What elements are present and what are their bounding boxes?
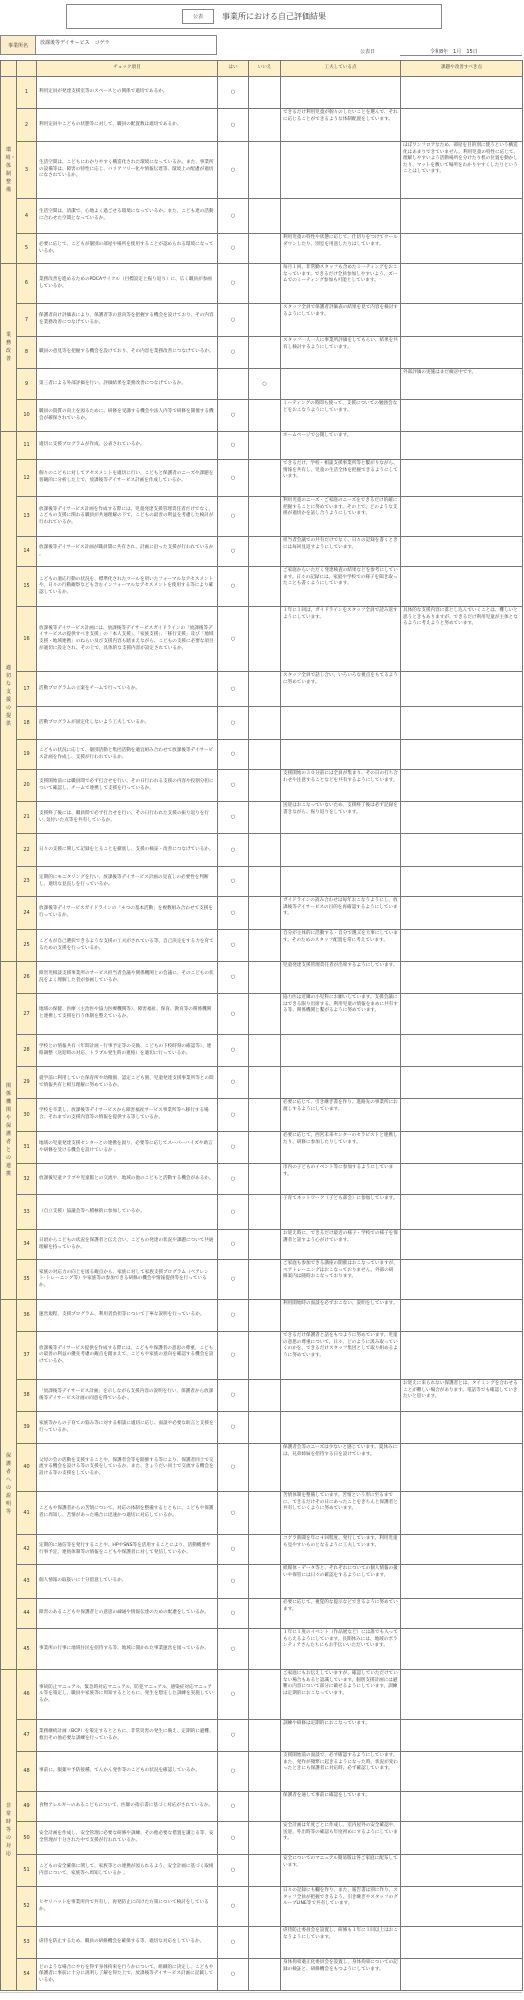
item-number: 13	[17, 497, 37, 537]
efforts-text	[281, 867, 401, 897]
table-row: 14放課後等デイサービス計画が職員間に共有され、計画に沿った支援が行われているか…	[1, 537, 523, 567]
check-item-text: 地域の保健、医療（主治医や協力医療機関等）、障害福祉、保育、教育等の関係機関と連…	[37, 994, 218, 1035]
table-row: 42定期的に通信等を発行することや、HPやSNS等を活用することにより、活動概要…	[1, 1535, 523, 1565]
issues-text	[401, 1195, 523, 1230]
category-label: 適切な支援の提供	[6, 664, 12, 728]
efforts-text: 支援開始の３０分前には全員が集まり、その日の打ち合わせや注意することなどを共有す…	[281, 770, 401, 802]
table-row: 23定期的にモニタリングを行い、放課後等デイサービス計画の見直しの必要性を判断し…	[1, 867, 523, 897]
no-mark	[249, 1260, 281, 1300]
yes-mark: ○	[218, 1035, 249, 1067]
item-number: 15	[17, 567, 37, 607]
no-mark	[249, 1535, 281, 1565]
yes-mark: ○	[218, 460, 249, 497]
check-item-text: 事業所の行事に地域住民を招待する等、地域に開かれた事業運営を図っているか。	[37, 1629, 218, 1670]
yes-mark: ○	[218, 1412, 249, 1444]
issues-text	[401, 1444, 523, 1492]
divider	[400, 55, 522, 56]
efforts-text: 支援開始前の面談で、必ず確認するようにしています。また、発作が頻繁に起きるように…	[281, 1752, 401, 1792]
no-mark	[249, 1855, 281, 1887]
category-label: 業務改善	[6, 331, 12, 363]
no-mark	[249, 460, 281, 497]
category-cell: 環境・体制整備	[1, 77, 17, 264]
check-item-text: 就学前に利用していた保育所や幼稚園、認定こども園、児童発達支援事業所等との間で情…	[37, 1067, 218, 1099]
issues-text: お迎えに来られない保護者とは、タイミングを合わせることが難しい場合があります。電…	[401, 1380, 523, 1412]
no-mark	[249, 1230, 281, 1260]
no-mark	[249, 1300, 281, 1332]
efforts-text	[281, 77, 401, 109]
issues-text	[401, 537, 523, 567]
issues-text	[401, 1230, 523, 1260]
table-row: 15こどもの適応行動の状況を、標準化されたツールを用いたフォーマルなアセスメント…	[1, 567, 523, 607]
category-label: 保護者への説明等	[6, 1452, 12, 1516]
table-row: 44障害のあるこどもや保護者との意思の疎通や情報伝達のための配慮をしているか。○…	[1, 1599, 523, 1629]
no-mark	[249, 930, 281, 962]
check-item-text: 日頃からこどもの状況を保護者と伝え合い、こどもの発達の状況や課題について共通理解…	[37, 1230, 218, 1260]
issues-text	[401, 497, 523, 537]
no-mark	[249, 1132, 281, 1164]
yes-mark: ○	[218, 304, 249, 337]
no-mark	[249, 567, 281, 607]
issues-text	[401, 672, 523, 707]
no-mark	[249, 77, 281, 109]
efforts-text	[281, 199, 401, 234]
efforts-text: 日々の記録にも欄を作り、また、報告書は別に作り、スタッフ全員が把握できるよう、引…	[281, 1887, 401, 1927]
yes-mark: ○	[218, 1792, 249, 1822]
item-number: 4	[17, 199, 37, 234]
issues-text	[401, 567, 523, 607]
no-mark	[249, 1195, 281, 1230]
issues-text	[401, 109, 523, 142]
no-mark	[249, 234, 281, 264]
efforts-text: 毎月１回、非常勤スタッフも含めたミーティングをおこなっています。できるだけ全員参…	[281, 264, 401, 304]
check-item-text: 家族等からの子育ての悩み等に対する相談に適切に応じ、面談や必要な助言と支援を行っ…	[37, 1412, 218, 1444]
yes-mark: ○	[218, 1099, 249, 1132]
check-item-text: 日々の支援に関して記録をとることを徹底し、支援の検証・改善につなげているか。	[37, 834, 218, 867]
efforts-text: 協力医は近隣の小児科にお願いしています。支援会議にはできる限り出席する、利用児童…	[281, 994, 401, 1035]
efforts-text: 苦情体制を整備しています。苦情という形に至るまでに、できるだけその日にあったこと…	[281, 1492, 401, 1535]
table-row: 22日々の支援に関して記録をとることを徹底し、支援の検証・改善につなげているか。…	[1, 834, 523, 867]
table-row: 41こどもや保護者からの苦情について、対応の体制を整備するとともに、こどもや保護…	[1, 1492, 523, 1535]
efforts-text: 利用児童のニーズ・ご家庭のニーズをできるだけ的確に把握することに努めています。そ…	[281, 497, 401, 537]
item-number: 18	[17, 707, 37, 740]
yes-mark	[218, 369, 249, 400]
table-row: 16放課後等デイサービス計画には、放課後等デイサービスガイドラインの「放課後等デ…	[1, 607, 523, 672]
check-item-header: チェック項目	[37, 61, 218, 77]
yes-mark: ○	[218, 497, 249, 537]
no-mark	[249, 1599, 281, 1629]
item-number: 33	[17, 1195, 37, 1230]
evaluation-table: チェック項目 はい いいえ 工夫している点 課題や改善すべき点 環境・体制整備1…	[0, 60, 523, 1991]
office-name-value: 放課後等デイサービス コゲラ	[36, 35, 217, 55]
issues-text	[401, 1670, 523, 1720]
table-row: 非常時等の対応46事故防止マニュアル、緊急時対応マニュアル、防犯マニュアル、感染…	[1, 1670, 523, 1720]
no-mark	[249, 1380, 281, 1412]
item-number: 36	[17, 1300, 37, 1332]
check-item-text: 学校との情報共有（年間計画・行事予定等の交換、こどもの下校時刻の確認等）、連絡調…	[37, 1035, 218, 1067]
issues-text	[401, 930, 523, 962]
no-mark	[249, 834, 281, 867]
yes-mark: ○	[218, 897, 249, 930]
check-item-text: こどもの適応行動の状況を、標準化されたツールを用いたフォーマルなアセスメントや、…	[37, 567, 218, 607]
yes-mark: ○	[218, 77, 249, 109]
issues-text	[401, 1300, 523, 1332]
no-mark	[249, 1670, 281, 1720]
issues-text	[401, 460, 523, 497]
check-item-text: 障害児相談支援事業所のサービス担当者会議や関係機関との会議に、そのこどもの状況を…	[37, 962, 218, 994]
issues-text	[401, 740, 523, 770]
no-mark	[249, 994, 281, 1035]
table-row: 3生活空間は、こどもにわかりやすく構造化された環境になっているか。また、事業所の…	[1, 142, 523, 199]
issues-text	[401, 1332, 523, 1380]
yes-mark: ○	[218, 1855, 249, 1887]
publication-badge: 公表	[182, 9, 214, 24]
item-number: 45	[17, 1629, 37, 1670]
table-row: 27地域の保健、医療（主治医や協力医療機関等）、障害福祉、保育、教育等の関係機関…	[1, 994, 523, 1035]
no-mark	[249, 109, 281, 142]
check-item-text: 放課後等デイサービス計画が職員間に共有され、計画に沿った支援が行われているか 。	[37, 537, 218, 567]
table-row: 9第三者による外部評価を行い、評価結果を業務改善につなげているか。○外部評価の実…	[1, 369, 523, 400]
no-mark	[249, 1887, 281, 1927]
no-mark	[249, 1752, 281, 1792]
efforts-text: 利用児童の特性や状態に応じて、仕切りをつけてクールダウンしたり、別室を用意したり…	[281, 234, 401, 264]
efforts-text: 紙媒体・データ等と、それぞれについての個人情報の扱いや保管には日々の確認をするよ…	[281, 1565, 401, 1599]
efforts-text	[281, 1412, 401, 1444]
efforts-text: 送迎はおこなっていないため、支援終了後は必ず記録を書きながら、振り返りをしていま…	[281, 802, 401, 834]
issues-text	[401, 1629, 523, 1670]
yes-mark: ○	[218, 672, 249, 707]
issues-text	[401, 1855, 523, 1887]
table-row: 業務改善6業務改善を進めるためのPDCAサイクル（目標設定と振り返り）に、広く職…	[1, 264, 523, 304]
item-number: 20	[17, 770, 37, 802]
table-row: 17活動プログラムの立案をチームで行っているか。○スタッフ全員で話し合い、いろい…	[1, 672, 523, 707]
item-number: 48	[17, 1752, 37, 1792]
efforts-text: できるだけ利用児童が個々のしたいことを選んで、それに応じることができるような体制…	[281, 109, 401, 142]
item-number: 31	[17, 1132, 37, 1164]
issues-text	[401, 1887, 523, 1927]
yes-mark: ○	[218, 867, 249, 897]
table-row: 28学校との情報共有（年間計画・行事予定等の交換、こどもの下校時刻の確認等）、連…	[1, 1035, 523, 1067]
table-row: 関係機関や保護者との連携26障害児相談支援事業所のサービス担当者会議や関係機関と…	[1, 962, 523, 994]
yes-mark: ○	[218, 142, 249, 199]
check-item-text: 職員の資質の向上を図るために、研修を受講する機会や法人内等で研修を開催する機会が…	[37, 400, 218, 432]
table-row: 19こどもの状況に応じて、個別活動と集団活動を適宜組み合わせて放課後等デイサービ…	[1, 740, 523, 770]
issues-text	[401, 802, 523, 834]
item-number: 46	[17, 1670, 37, 1720]
yes-mark: ○	[218, 1752, 249, 1792]
yes-mark: ○	[218, 432, 249, 460]
no-mark	[249, 497, 281, 537]
check-item-text: 生活空間は、清潔で、心地よく過ごせる環境になっているか。また、こども達の活動に合…	[37, 199, 218, 234]
issues-text	[401, 834, 523, 867]
check-item-text: （自立支援）協議会等へ積極的に参加しているか。	[37, 1195, 218, 1230]
category-cell: 業務改善	[1, 264, 17, 432]
issues-text	[401, 707, 523, 740]
page-title: 事業所における自己評価結果	[222, 11, 326, 22]
yes-mark: ○	[218, 802, 249, 834]
no-mark	[249, 1720, 281, 1752]
no-mark	[249, 400, 281, 432]
check-item-text: 事前に、服薬や予防接種、てんかん発作等のこどもの状況を確認しているか。	[37, 1752, 218, 1792]
yes-mark: ○	[218, 1492, 249, 1535]
efforts-text: 自分が主体的に活動する・自分で選ぶを大事にしています。そのためのスタッフ配置を常…	[281, 930, 401, 962]
table-row: 7保護者向け評価表により、保護者等の意向等を把握する機会を設けており、その内容を…	[1, 304, 523, 337]
issues-text	[401, 1822, 523, 1855]
check-item-text: 「放課後等デイサービス計画」を示しながら支援内容の説明を行い、保護者から放課後等…	[37, 1380, 218, 1412]
efforts-text: ご家庭からいただく発達検査の結果などを参考にしています。日々の記録には、家庭や学…	[281, 567, 401, 607]
check-item-text: 支援終了後には、職員間で必ず打合せを行い、その日行われた支援の振り返りを行い､気…	[37, 802, 218, 834]
table-row: 52ヒヤリハットを事業所内で共有し、再発防止に向けた方策について検討をしているか…	[1, 1887, 523, 1927]
no-mark	[249, 897, 281, 930]
efforts-text: 必要に応じて、引き継ぎ書を作り、進路先の事業所にお渡しするようにしています。	[281, 1099, 401, 1132]
table-row: 38「放課後等デイサービス計画」を示しながら支援内容の説明を行い、保護者から放課…	[1, 1380, 523, 1412]
check-item-text: 学校を卒業し、放課後等デイサービスから障害福祉サービス事業所等へ移行する場合、そ…	[37, 1099, 218, 1132]
issues-text	[401, 77, 523, 109]
item-number: 22	[17, 834, 37, 867]
sheet-grid-remainder	[0, 1992, 522, 2000]
category-cell: 関係機関や保護者との連携	[1, 962, 17, 1300]
efforts-text	[281, 707, 401, 740]
table-row: 環境・体制整備1利用定員が発達支援室等のスペースとの関係で適切であるか。○	[1, 77, 523, 109]
yes-mark: ○	[218, 1927, 249, 1959]
check-item-text: 活動プログラムの立案をチームで行っているか。	[37, 672, 218, 707]
number-header	[17, 61, 37, 77]
check-item-text: 業務継続計画（BCP）を策定するとともに、非常災害の発生に備え、定期的に避難、救…	[37, 1720, 218, 1752]
issues-text	[401, 1067, 523, 1099]
issues-text	[401, 1752, 523, 1792]
check-item-text: 業務改善を進めるためのPDCAサイクル（目標設定と振り返り）に、広く職員が参画し…	[37, 264, 218, 304]
no-mark	[249, 1927, 281, 1959]
check-item-text: 適切に支援プログラムが作成、公表されているか。	[37, 432, 218, 460]
no-mark: ○	[249, 369, 281, 400]
item-number: 28	[17, 1035, 37, 1067]
yes-mark: ○	[218, 1629, 249, 1670]
check-item-text: 利用定員やこどもの状態等に対して、職員の配置数は適切であるか。	[37, 109, 218, 142]
no-mark	[249, 142, 281, 199]
no-mark	[249, 607, 281, 672]
table-row: 21支援終了後には、職員間で必ず打合せを行い、その日行われた支援の振り返りを行い…	[1, 802, 523, 834]
efforts-text: 児童発達支援管理責任者が出席するようにしています。	[281, 962, 401, 994]
item-number: 6	[17, 264, 37, 304]
check-item-text: こどもの状況に応じて、個別活動と集団活動を適宜組み合わせて放課後等デイサービス計…	[37, 740, 218, 770]
efforts-text: 子育てネットワーク（子ども部会）に参加しています。	[281, 1195, 401, 1230]
item-number: 17	[17, 672, 37, 707]
yes-mark: ○	[218, 1332, 249, 1380]
yes-mark: ○	[218, 707, 249, 740]
table-row: 34日頃からこどもの状況を保護者と伝え合い、こどもの発達の状況や課題について共通…	[1, 1230, 523, 1260]
table-row: 24放課後等デイサービスガイドラインの「４つの基本活動」を複数組み合わせて支援を…	[1, 897, 523, 930]
item-number: 26	[17, 962, 37, 994]
issues-text	[401, 994, 523, 1035]
no-mark	[249, 1792, 281, 1822]
category-cell: 非常時等の対応	[1, 1670, 17, 1991]
issues-text	[401, 1164, 523, 1195]
yes-mark: ○	[218, 1599, 249, 1629]
efforts-text: 安全計画は年度ごとに作成し、室内屋外の安全確認や、送迎、外出時等の確認も年度初め…	[281, 1822, 401, 1855]
check-item-text: 生活空間は、こどもにわかりやすく構造化された環境になっているか。また、事業所の設…	[37, 142, 218, 199]
item-number: 32	[17, 1164, 37, 1195]
no-mark	[249, 1099, 281, 1132]
yes-mark: ○	[218, 1230, 249, 1260]
yes-mark: ○	[218, 607, 249, 672]
issues-text	[401, 1035, 523, 1067]
check-item-text: 父母の会の活動を支援することや、保護者会等を開催する等により、保護者同士で交流す…	[37, 1444, 218, 1492]
efforts-text	[281, 1067, 401, 1099]
yes-mark: ○	[218, 264, 249, 304]
efforts-text: スタッフ一人一人に事業所評価をしてもらい、結果を共有し検討するようにしています。	[281, 337, 401, 369]
issues-text	[401, 962, 523, 994]
no-mark	[249, 740, 281, 770]
no-mark	[249, 1492, 281, 1535]
yes-mark: ○	[218, 109, 249, 142]
efforts-text: 訓練や研修は定期的におこなっています。	[281, 1720, 401, 1752]
check-item-text: 運営規程、支援プログラム、利用者負担等について丁寧な説明を行っているか。	[37, 1300, 218, 1332]
check-item-text: 第三者による外部評価を行い、評価結果を業務改善につなげているか。	[37, 369, 218, 400]
yes-mark: ○	[218, 740, 249, 770]
item-number: 49	[17, 1792, 37, 1822]
category-header	[1, 61, 17, 77]
publication-date-value: 令和8年 1月 15日	[430, 48, 478, 55]
item-number: 12	[17, 460, 37, 497]
no-mark	[249, 707, 281, 740]
efforts-text: スタッフ全員で保護者評価表の結果を見て内容を検討するようにしています。	[281, 304, 401, 337]
item-number: 43	[17, 1565, 37, 1599]
category-cell: 保護者への説明等	[1, 1300, 17, 1670]
no-mark	[249, 199, 281, 234]
check-item-text: 虐待を防止するため、職員の研修機会を確保する等、適切な対応をしているか。	[37, 1927, 218, 1959]
efforts-text	[281, 1035, 401, 1067]
table-row: 50安全計画を作成し、安全管理に必要な研修や訓練、その他必要な措置を講じる等、安…	[1, 1822, 523, 1855]
issues-text	[401, 1720, 523, 1752]
efforts-text: できるだけ保護者と話をもつように努めています。児童の意思の尊重について、日々、ど…	[281, 1332, 401, 1380]
yes-mark: ○	[218, 337, 249, 369]
check-item-text: 定期的にモニタリングを行い、放課後等デイサービス計画の見直しの必要性を判断し、適…	[37, 867, 218, 897]
item-number: 14	[17, 537, 37, 567]
table-row: 53虐待を防止するため、職員の研修機会を確保する等、適切な対応をしているか。○虐…	[1, 1927, 523, 1959]
check-item-text: 食物アレルギーのあるこどもについて、医師の指示書に基づく対応がされているか。	[37, 1792, 218, 1822]
item-number: 10	[17, 400, 37, 432]
table-row: 45事業所の行事に地域住民を招待する等、地域に開かれた事業運営を図っているか。○…	[1, 1629, 523, 1670]
yes-mark: ○	[218, 1887, 249, 1927]
yes-mark: ○	[218, 1380, 249, 1412]
table-row: 10職員の資質の向上を図るために、研修を受講する機会や法人内等で研修を開催する機…	[1, 400, 523, 432]
efforts-text: 担当者会議での共有だけでなく、日々の記録を書くときには毎回見返すようにしています…	[281, 537, 401, 567]
no-mark	[249, 1959, 281, 1991]
yes-mark: ○	[218, 1067, 249, 1099]
table-row: 54どのような場合にやむを得ず身体拘束を行うかについて、組織的に決定し、こどもや…	[1, 1959, 523, 1991]
check-item-text: 保護者向け評価表により、保護者等の意向等を把握する機会を設けており、その内容を業…	[37, 304, 218, 337]
efforts-text: 虐待防止委員会を設置し、研修も１年に１回以上はおこなうようにしています。	[281, 1927, 401, 1959]
item-number: 3	[17, 142, 37, 199]
no-mark	[249, 337, 281, 369]
issues-text	[401, 1535, 523, 1565]
check-item-text: 支援開始前には職員間で必ず打合せを行い、その日行われる支援の内容や役割分担につい…	[37, 770, 218, 802]
yes-mark: ○	[218, 1959, 249, 1991]
efforts-text: １年に１度のイベント（作品展など）には誰でも入ってもらえるようにしています。長期…	[281, 1629, 401, 1670]
issues-text: ほぼワンフロアなため、部屋を目的別に使うという構造化はあまりできていません。利用…	[401, 142, 523, 199]
efforts-text: 安全についてのマニュアル簡易版は各ご家庭に配布しています。	[281, 1855, 401, 1887]
yes-mark: ○	[218, 400, 249, 432]
yes-mark: ○	[218, 1195, 249, 1230]
item-number: 39	[17, 1412, 37, 1444]
table-row: 12個々のこどもに対してアセスメントを適切に行い、こどもと保護者のニーズや課題を…	[1, 460, 523, 497]
efforts-text	[281, 369, 401, 400]
item-number: 34	[17, 1230, 37, 1260]
table-row: 保護者への説明等36運営規程、支援プログラム、利用者負担等について丁寧な説明を行…	[1, 1300, 523, 1332]
item-number: 42	[17, 1535, 37, 1565]
no-mark	[249, 1164, 281, 1195]
check-item-text: 個々のこどもに対してアセスメントを適切に行い、こどもと保護者のニーズや課題を客観…	[37, 460, 218, 497]
issues-text	[401, 1260, 523, 1300]
efforts-text: 身体拘束適正化委員会を設置し、身体拘束についての記録の検証と、研修機会をもつよう…	[281, 1959, 401, 1991]
title-box: 公表 事業所における自己評価結果	[66, 4, 442, 29]
item-number: 51	[17, 1855, 37, 1887]
item-number: 1	[17, 77, 37, 109]
check-item-text: こどもや保護者からの苦情について、対応の体制を整備するとともに、こどもや保護者に…	[37, 1492, 218, 1535]
issues-text	[401, 234, 523, 264]
item-number: 35	[17, 1260, 37, 1300]
item-number: 40	[17, 1444, 37, 1492]
issues-text	[401, 1565, 523, 1599]
check-item-text: 個人情報の取扱いに十分留意しているか。	[37, 1565, 218, 1599]
no-mark	[249, 304, 281, 337]
item-number: 41	[17, 1492, 37, 1535]
table-row: 48事前に、服薬や予防接種、てんかん発作等のこどもの状況を確認しているか。○支援…	[1, 1752, 523, 1792]
issues-text	[401, 304, 523, 337]
item-number: 53	[17, 1927, 37, 1959]
no-mark	[249, 1332, 281, 1380]
item-number: 9	[17, 369, 37, 400]
no-mark	[249, 264, 281, 304]
check-item-text: こどもが自己選択できるような支援の工夫がされている等、自己決定をする力を育てるた…	[37, 930, 218, 962]
no-header: いいえ	[249, 61, 281, 77]
efforts-text: ご家庭も参加できる講座の開催はおこなっていますが、ペアトレーニングはおこなってお…	[281, 1260, 401, 1300]
check-item-text: 定期的に通信等を発行することや、HPやSNS等を活用することにより、活動概要や行…	[37, 1535, 218, 1565]
item-number: 24	[17, 897, 37, 930]
table-row: 40父母の会の活動を支援することや、保護者会等を開催する等により、保護者同士で交…	[1, 1444, 523, 1492]
check-item-text: どのような場合にやむを得ず身体拘束を行うかについて、組織的に決定し、こどもや保護…	[37, 1959, 218, 1991]
item-number: 21	[17, 802, 37, 834]
issues-header: 課題や改善すべき点	[401, 61, 523, 77]
yes-mark: ○	[218, 1535, 249, 1565]
issues-text	[401, 1599, 523, 1629]
table-row: 31地域の児童発達支援センターとの連携を図り、必要等に応じてスーパーバイズや助言…	[1, 1132, 523, 1164]
table-row: 18活動プログラムが固定化しないよう工夫しているか。○	[1, 707, 523, 740]
no-mark	[249, 770, 281, 802]
issues-text	[401, 1492, 523, 1535]
table-row: 25こどもが自己選択できるような支援の工夫がされている等、自己決定をする力を育て…	[1, 930, 523, 962]
table-row: 2利用定員やこどもの状態等に対して、職員の配置数は適切であるか。○できるだけ利用…	[1, 109, 523, 142]
issues-text	[401, 432, 523, 460]
check-item-text: 家族の対応力の向上を図る観点から、家族に対して家族支援プログラム（ペアレント･ト…	[37, 1260, 218, 1300]
item-number: 19	[17, 740, 37, 770]
issues-text	[401, 1927, 523, 1959]
yes-mark: ○	[218, 962, 249, 994]
item-number: 38	[17, 1380, 37, 1412]
item-number: 50	[17, 1822, 37, 1855]
publication-date-label: 公表日	[360, 48, 375, 55]
issues-text	[401, 897, 523, 930]
yes-mark: ○	[218, 567, 249, 607]
efforts-text: ホームページで公開しています。	[281, 432, 401, 460]
item-number: 7	[17, 304, 37, 337]
item-number: 25	[17, 930, 37, 962]
efforts-text: ご家庭にもお伝えしていますが、確認していただけていない場合もあると認識しています…	[281, 1670, 401, 1720]
table-row: 39家族等からの子育ての悩み等に対する相談に適切に応じ、面談や必要な助言と支援を…	[1, 1412, 523, 1444]
table-row: 適切な支援の提供11適切に支援プログラムが作成、公表されているか。○ホームページ…	[1, 432, 523, 460]
check-item-text: 事故防止マニュアル、緊急時対応マニュアル、防犯マニュアル、感染症対応マニュアル等…	[37, 1670, 218, 1720]
issues-text	[401, 770, 523, 802]
efforts-text: 市内の子どものイベント等に参加するようにしています。	[281, 1164, 401, 1195]
